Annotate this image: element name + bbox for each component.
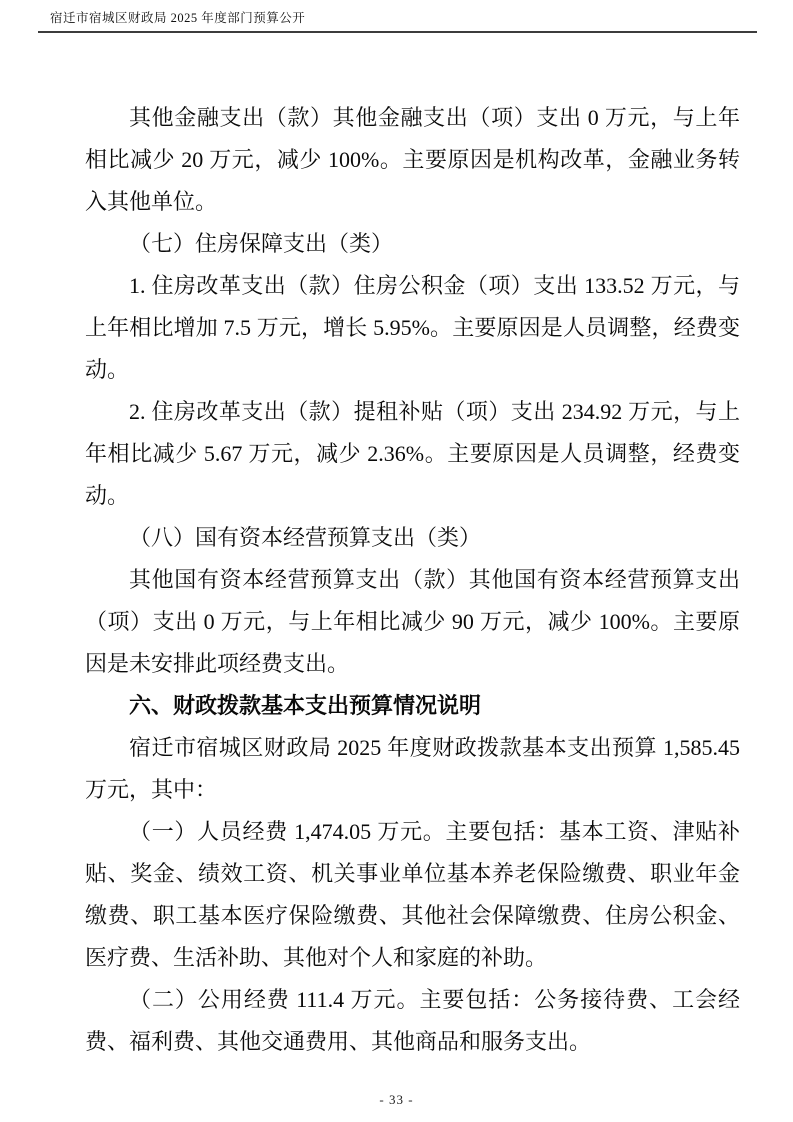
page-number: - 33 - <box>0 1092 793 1108</box>
document-body: 其他金融支出（款）其他金融支出（项）支出 0 万元，与上年相比减少 20 万元，… <box>85 97 740 1063</box>
page-header: 宿迁市宿城区财政局 2025 年度部门预算公开 <box>38 8 757 33</box>
paragraph-other-financial-expenditure: 其他金融支出（款）其他金融支出（项）支出 0 万元，与上年相比减少 20 万元，… <box>85 97 740 223</box>
paragraph-public-funds: （二）公用经费 111.4 万元。主要包括：公务接待费、工会经费、福利费、其他交… <box>85 979 740 1063</box>
header-title: 宿迁市宿城区财政局 2025 年度部门预算公开 <box>50 11 305 25</box>
paragraph-state-capital-expenditure: 其他国有资本经营预算支出（款）其他国有资本经营预算支出（项）支出 0 万元，与上… <box>85 559 740 685</box>
document-page: 宿迁市宿城区财政局 2025 年度部门预算公开 其他金融支出（款）其他金融支出（… <box>0 0 793 1122</box>
paragraph-personnel-funds: （一）人员经费 1,474.05 万元。主要包括：基本工资、津贴补贴、奖金、绩效… <box>85 811 740 979</box>
subheading-state-capital-category: （八）国有资本经营预算支出（类） <box>85 517 740 559</box>
paragraph-basic-expenditure-total: 宿迁市宿城区财政局 2025 年度财政拨款基本支出预算 1,585.45 万元，… <box>85 727 740 811</box>
section-heading-basic-expenditure: 六、财政拨款基本支出预算情况说明 <box>85 685 740 727</box>
subheading-housing-security-category: （七）住房保障支出（类） <box>85 223 740 265</box>
paragraph-rent-subsidy: 2. 住房改革支出（款）提租补贴（项）支出 234.92 万元，与上年相比减少 … <box>85 391 740 517</box>
paragraph-housing-provident-fund: 1. 住房改革支出（款）住房公积金（项）支出 133.52 万元，与上年相比增加… <box>85 265 740 391</box>
